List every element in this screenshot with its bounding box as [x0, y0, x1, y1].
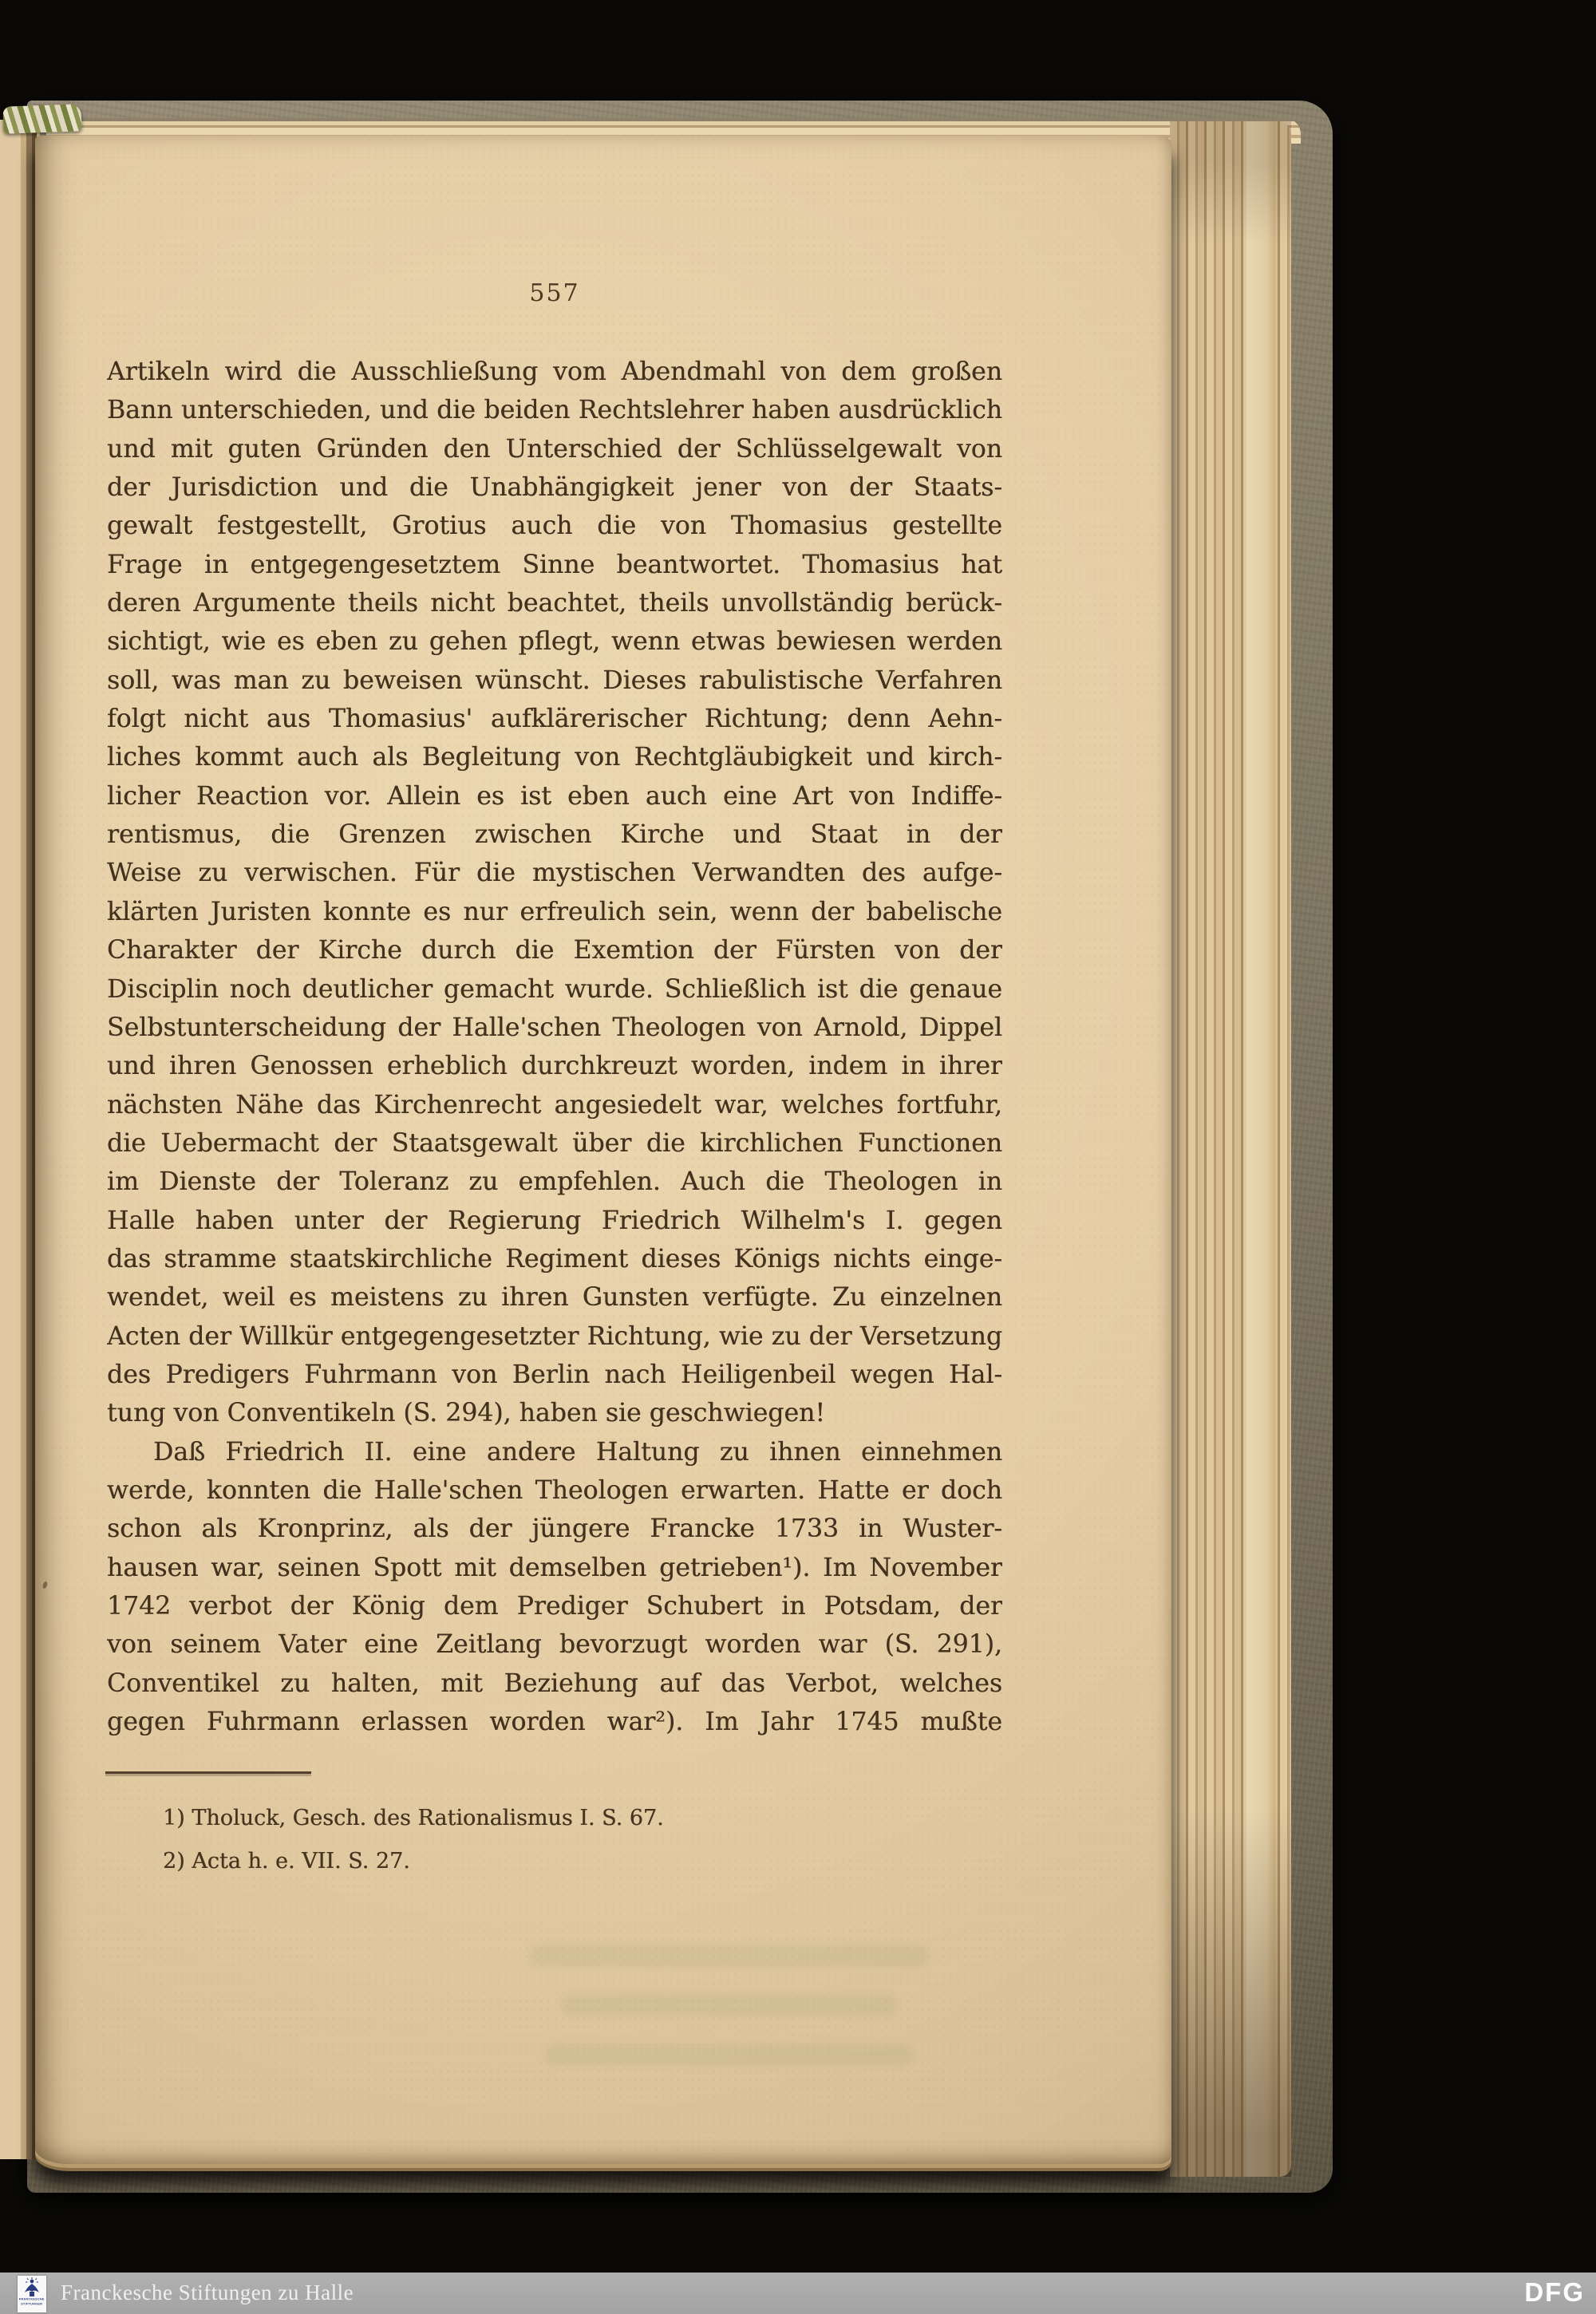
text-line: die Uebermacht der Staatsgewalt über die…: [107, 1124, 1002, 1163]
text-line: das stramme staatskirchliche Regiment di…: [107, 1240, 1002, 1278]
text-line: rentismus, die Grenzen zwischen Kirche u…: [107, 815, 1002, 854]
stray-ink-mark: [42, 1581, 48, 1589]
text-line: folgt nicht aus Thomasius' aufklärerisch…: [107, 700, 1002, 738]
body-text: Artikeln wird die Ausschließung vom Aben…: [107, 353, 1002, 1741]
text-line: wendet, weil es meistens zu ihren Gunste…: [107, 1278, 1002, 1317]
text-line: soll, was man zu beweisen wünscht. Diese…: [107, 661, 1002, 700]
text-line: Bann unterschieden, und die beiden Recht…: [107, 391, 1002, 429]
text-line: Acten der Willkür entgegengesetzter Rich…: [107, 1317, 1002, 1356]
text-line: schon als Kronprinz, als der jüngere Fra…: [107, 1510, 1002, 1548]
text-line: Halle haben unter der Regierung Friedric…: [107, 1202, 1002, 1240]
text-line: Conventikel zu halten, mit Beziehung auf…: [107, 1664, 1002, 1703]
ink-bleed-through: [546, 2044, 913, 2065]
text-line: Weise zu verwischen. Für die mystischen …: [107, 854, 1002, 892]
dfg-logo: DFG: [1524, 2277, 1585, 2308]
institution-title: Franckesche Stiftungen zu Halle: [61, 2280, 354, 2305]
text-line: Artikeln wird die Ausschließung vom Aben…: [107, 353, 1002, 391]
text-line: gewalt festgestellt, Grotius auch die vo…: [107, 507, 1002, 545]
gutter-page-sliver: [0, 120, 40, 2159]
logo-caption-bottom: STIFTUNGEN: [22, 2303, 43, 2306]
page-number: 557: [107, 279, 1002, 307]
text-line: Frage in entgegengesetztem Sinne beantwo…: [107, 546, 1002, 584]
text-line: licher Reaction vor. Allein es ist eben …: [107, 777, 1002, 815]
page-stack-fore-edge: [1170, 121, 1291, 2177]
text-line: sichtigt, wie es eben zu gehen pflegt, w…: [107, 622, 1002, 661]
footnote-line: 1) Tholuck, Gesch. des Rationalismus I. …: [163, 1797, 961, 1840]
text-line: deren Argumente theils nicht beachtet, t…: [107, 584, 1002, 622]
text-line: Charakter der Kirche durch die Exemtion …: [107, 931, 1002, 969]
logo-caption-top: FRANCKESCHE: [19, 2298, 45, 2301]
text-line: gegen Fuhrmann erlassen worden war²). Im…: [107, 1703, 1002, 1741]
ink-bleed-through: [530, 1945, 929, 1966]
watermark-bar: FRANCKESCHE STIFTUNGEN Franckesche Stift…: [0, 2273, 1596, 2314]
book-headband: [2, 104, 81, 133]
text-line: und mit guten Gründen den Unterschied de…: [107, 430, 1002, 468]
footnote-separator: [105, 1771, 311, 1774]
book-page: 557 Artikeln wird die Ausschließung vom …: [35, 136, 1171, 2164]
footnotes: 1) Tholuck, Gesch. des Rationalismus I. …: [163, 1797, 961, 1883]
text-line: im Dienste der Toleranz zu empfehlen. Au…: [107, 1163, 1002, 1201]
page-stack-band: [1246, 121, 1275, 2177]
ink-bleed-through: [562, 1995, 897, 2016]
text-line: Daß Friedrich II. eine andere Haltung zu…: [107, 1433, 1002, 1471]
franckesche-stiftungen-logo: FRANCKESCHE STIFTUNGEN: [18, 2276, 46, 2312]
text-line: von seinem Vater eine Zeitlang bevorzugt…: [107, 1625, 1002, 1664]
text-line: werde, konnten die Halle'schen Theologen…: [107, 1471, 1002, 1510]
text-line: und ihren Genossen erheblich durchkreuzt…: [107, 1047, 1002, 1085]
text-line: hausen war, seinen Spott mit demselben g…: [107, 1549, 1002, 1587]
text-line: Disciplin noch deutlicher gemacht wurde.…: [107, 970, 1002, 1009]
eagle-and-sun-icon: [22, 2276, 42, 2298]
text-line: des Predigers Fuhrmann von Berlin nach H…: [107, 1356, 1002, 1394]
text-line: klärten Juristen konnte es nur erfreulic…: [107, 893, 1002, 931]
text-line: der Jurisdiction und die Unabhängigkeit …: [107, 468, 1002, 507]
text-line: tung von Conventikeln (S. 294), haben si…: [107, 1394, 1002, 1432]
text-line: Selbstunterscheidung der Halle'schen The…: [107, 1009, 1002, 1047]
text-line: liches kommt auch als Begleitung von Rec…: [107, 738, 1002, 776]
text-line: nächsten Nähe das Kirchenrecht angesiede…: [107, 1086, 1002, 1124]
text-line: 1742 verbot der König dem Prediger Schub…: [107, 1587, 1002, 1625]
footnote-line: 2) Acta h. e. VII. S. 27.: [163, 1840, 961, 1883]
